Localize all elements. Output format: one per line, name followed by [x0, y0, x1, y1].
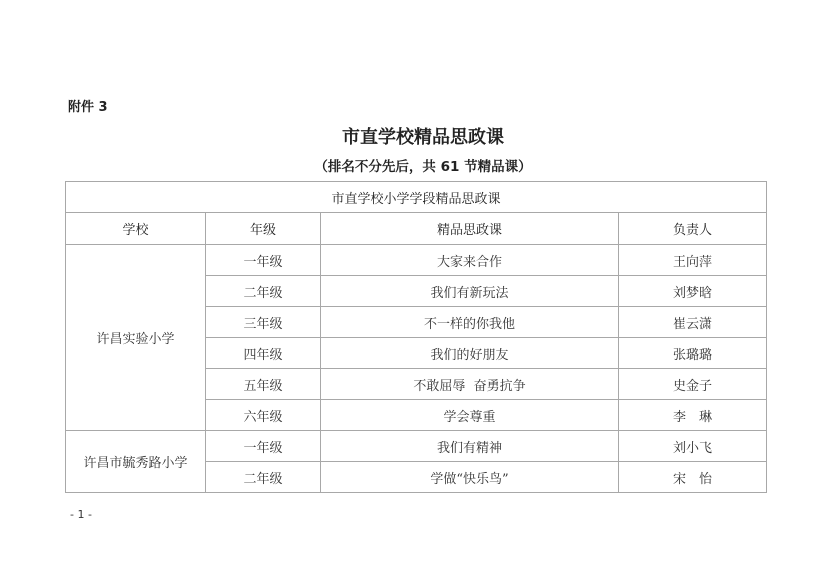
school-name: 许昌市毓秀路小学	[66, 431, 206, 493]
owner-cell: 李 琳	[619, 400, 767, 431]
grade-cell: 二年级	[206, 276, 321, 307]
course-cell: 不敢屈辱 奋勇抗争	[321, 369, 619, 400]
page-number: - 1 -	[70, 508, 92, 521]
header-course: 精品思政课	[321, 213, 619, 245]
grade-cell: 五年级	[206, 369, 321, 400]
owner-cell: 刘小飞	[619, 431, 767, 462]
course-cell: 我们的好朋友	[321, 338, 619, 369]
course-cell: 学做“快乐鸟”	[321, 462, 619, 493]
grade-cell: 二年级	[206, 462, 321, 493]
owner-cell: 宋 怡	[619, 462, 767, 493]
course-cell: 我们有精神	[321, 431, 619, 462]
grade-cell: 四年级	[206, 338, 321, 369]
owner-cell: 史金子	[619, 369, 767, 400]
grade-cell: 一年级	[206, 431, 321, 462]
school-name: 许昌实验小学	[66, 245, 206, 431]
document-title: 市直学校精品思政课	[0, 123, 831, 149]
course-cell: 不一样的你我他	[321, 307, 619, 338]
attachment-label: 附件 3	[68, 96, 108, 115]
grade-cell: 六年级	[206, 400, 321, 431]
owner-cell: 崔云潇	[619, 307, 767, 338]
table-row: 许昌实验小学 一年级 大家来合作 王向萍	[66, 245, 767, 276]
header-school: 学校	[66, 213, 206, 245]
courses-table: 市直学校小学学段精品思政课 学校 年级 精品思政课 负责人 许昌实验小学 一年级…	[65, 181, 767, 493]
course-cell: 我们有新玩法	[321, 276, 619, 307]
header-grade: 年级	[206, 213, 321, 245]
course-cell: 大家来合作	[321, 245, 619, 276]
grade-cell: 一年级	[206, 245, 321, 276]
course-cell: 学会尊重	[321, 400, 619, 431]
header-owner: 负责人	[619, 213, 767, 245]
grade-cell: 三年级	[206, 307, 321, 338]
owner-cell: 王向萍	[619, 245, 767, 276]
table-caption: 市直学校小学学段精品思政课	[66, 182, 767, 213]
owner-cell: 张璐璐	[619, 338, 767, 369]
owner-cell: 刘梦晗	[619, 276, 767, 307]
table-row: 许昌市毓秀路小学 一年级 我们有精神 刘小飞	[66, 431, 767, 462]
document-subtitle: （排名不分先后，共 61 节精品课）	[0, 155, 831, 175]
